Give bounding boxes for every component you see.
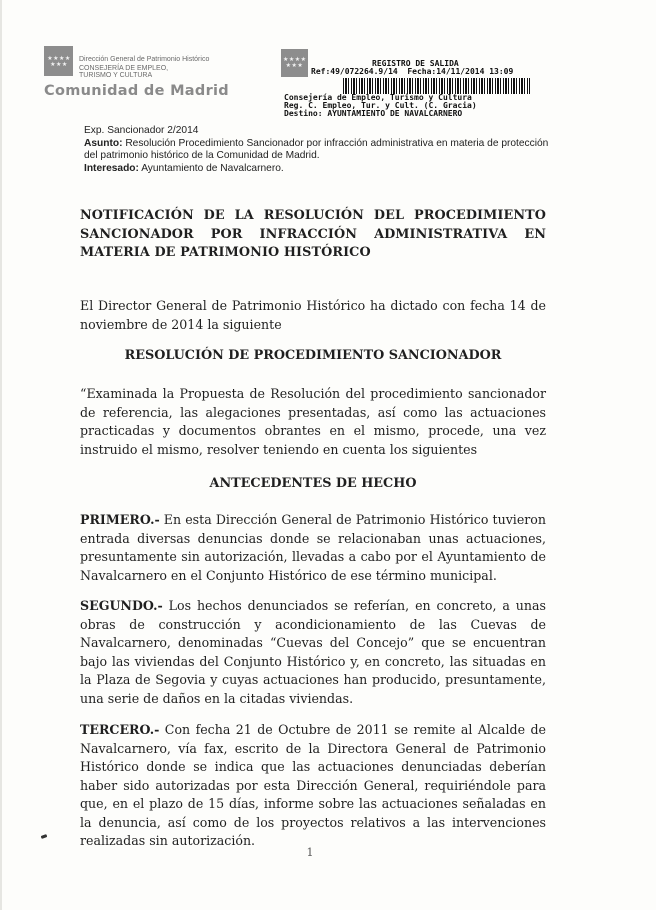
expediente-block: Exp. Sancionador 2/2014 Asunto: Resoluci… — [84, 125, 554, 175]
madrid-emblem-icon: ★★★★★★★ — [44, 46, 73, 76]
logo-consejeria: CONSEJERÍA DE EMPLEO, TURISMO Y CULTURA — [79, 65, 168, 79]
logo-name: Comunidad de Madrid — [44, 83, 229, 99]
registry-ref: Ref:49/072264.9/14 Fecha:14/11/2014 13:0… — [311, 68, 513, 76]
paragraph-segundo: SEGUNDO.- Los hechos denunciados se refe… — [80, 597, 546, 708]
paragraph-tercero: TERCERO.- Con fecha 21 de Octubre de 201… — [80, 721, 546, 851]
scan-speck — [41, 834, 48, 839]
intro-paragraph: El Director General de Patrimonio Histór… — [80, 297, 546, 334]
document-title: NOTIFICACIÓN DE LA RESOLUCIÓN DEL PROCED… — [80, 207, 546, 263]
page-number: 1 — [300, 846, 320, 859]
antecedentes-heading: ANTECEDENTES DE HECHO — [80, 476, 546, 491]
interesado: Interesado: Ayuntamiento de Navalcarnero… — [84, 163, 554, 176]
registry-line-3: Destino: AYUNTAMIENTO DE NAVALCARNERO — [284, 110, 462, 118]
scan-edge — [0, 0, 2, 910]
logo-department: Dirección General de Patrimonio Históric… — [79, 56, 209, 64]
asunto: Asunto: Resolución Procedimiento Sancion… — [84, 138, 554, 163]
barcode — [343, 78, 530, 94]
paragraph-primero: PRIMERO.- En esta Dirección General de P… — [80, 511, 546, 585]
resolution-heading: RESOLUCIÓN DE PROCEDIMIENTO SANCIONADOR — [80, 348, 546, 363]
registry-emblem-icon: ★★★★★★★ — [281, 49, 308, 77]
expediente-number: Exp. Sancionador 2/2014 — [84, 125, 554, 138]
quote-paragraph: “Examinada la Propuesta de Resolución de… — [80, 385, 546, 459]
document-page: ★★★★★★★ Dirección General de Patrimonio … — [0, 0, 656, 910]
